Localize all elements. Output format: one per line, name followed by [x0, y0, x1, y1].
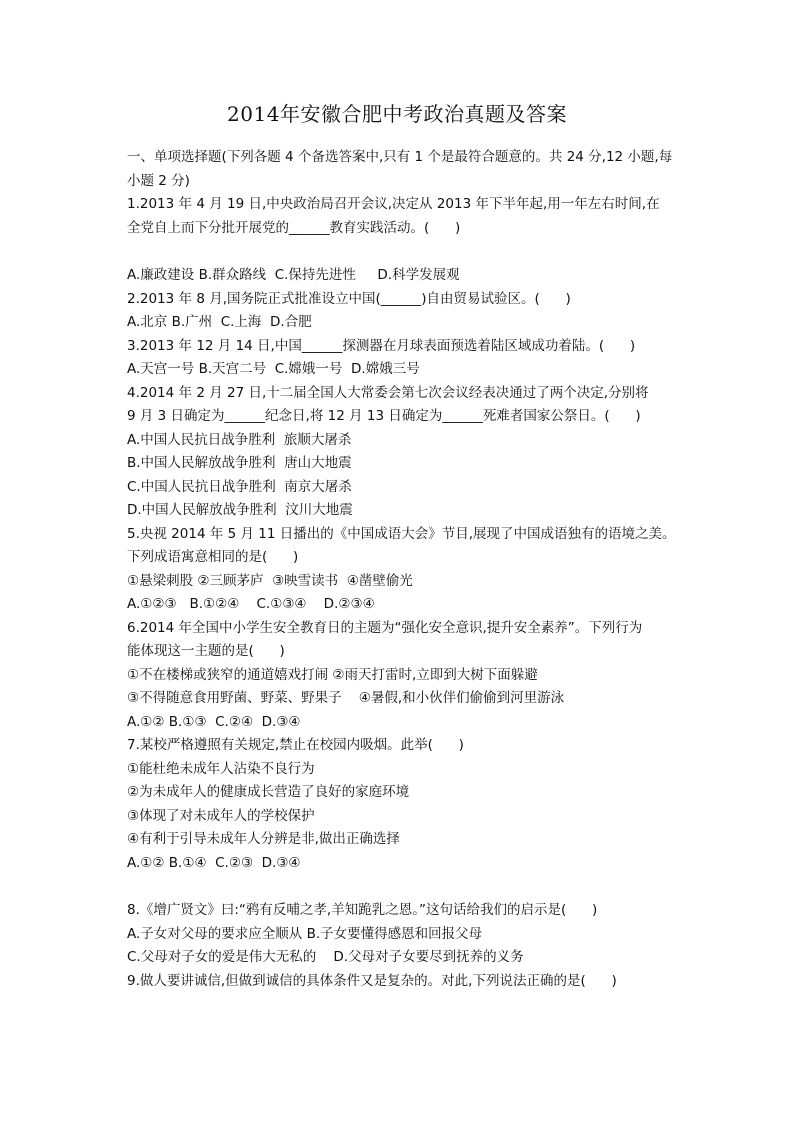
question-option: D.中国人民解放战争胜利 汶川大地震 [127, 499, 687, 523]
question-4: 4.2014 年 2 月 27 日,十二届全国人大常委会第七次会议经表决通过了两… [127, 382, 687, 523]
question-statements: ①悬梁刺股 ②三顾茅庐 ③映雪读书 ④凿壁偷光 [127, 570, 687, 594]
question-options: A.①②③ B.①②④ C.①③④ D.②③④ [127, 593, 687, 617]
question-option: A.中国人民抗日战争胜利 旅顺大屠杀 [127, 429, 687, 453]
question-statement: ②为未成年人的健康成长营造了良好的家庭环境 [127, 781, 687, 805]
question-text: 6.2014 年全国中小学生安全教育日的主题为“强化安全意识,提升安全素养”。下… [127, 617, 687, 641]
question-options: A.天宫一号 B.天宫二号 C.嫦娥一号 D.嫦娥三号 [127, 358, 687, 382]
spacer [127, 875, 687, 899]
question-text: 5.央视 2014 年 5 月 11 日播出的《中国成语大会》节目,展现了中国成… [127, 523, 687, 547]
section-heading-cont: 小题 2 分) [127, 170, 687, 194]
question-options: A.①② B.①④ C.②③ D.③④ [127, 852, 687, 876]
question-statements: ①不在楼梯或狭窄的通道嬉戏打闹 ②雨天打雷时,立即到大树下面躲避 [127, 664, 687, 688]
question-text: 4.2014 年 2 月 27 日,十二届全国人大常委会第七次会议经表决通过了两… [127, 382, 687, 406]
question-option: C.中国人民抗日战争胜利 南京大屠杀 [127, 476, 687, 500]
question-statement: ③体现了对未成年人的学校保护 [127, 805, 687, 829]
question-statements: ③不得随意食用野菌、野菜、野果子 ④暑假,和小伙伴们偷偷到河里游泳 [127, 687, 687, 711]
question-options: A.北京 B.广州 C.上海 D.合肥 [127, 311, 687, 335]
question-text: 9.做人要讲诚信,但做到诚信的具体条件又是复杂的。对此,下列说法正确的是( ) [127, 970, 687, 994]
question-text: 7.某校严格遵照有关规定,禁止在校园内吸烟。此举( ) [127, 734, 687, 758]
question-3: 3.2013 年 12 月 14 日,中国______探测器在月球表面预选着陆区… [127, 335, 687, 382]
spacer [127, 240, 687, 264]
question-text: 全党自上而下分批开展党的______教育实践活动。( ) [127, 217, 687, 241]
question-7: 7.某校严格遵照有关规定,禁止在校园内吸烟。此举( ) ①能杜绝未成年人沾染不良… [127, 734, 687, 875]
question-text: 9 月 3 日确定为______纪念日,将 12 月 13 日确定为______… [127, 405, 687, 429]
question-9: 9.做人要讲诚信,但做到诚信的具体条件又是复杂的。对此,下列说法正确的是( ) [127, 970, 687, 994]
question-text: 1.2013 年 4 月 19 日,中央政治局召开会议,决定从 2013 年下半… [127, 193, 687, 217]
question-text: 8.《增广贤文》曰:“鸦有反哺之孝,羊知跪乳之恩。”这句话给我们的启示是( ) [127, 899, 687, 923]
question-option: B.中国人民解放战争胜利 唐山大地震 [127, 452, 687, 476]
question-text: 2.2013 年 8 月,国务院正式批准设立中国(______)自由贸易试验区。… [127, 288, 687, 312]
question-2: 2.2013 年 8 月,国务院正式批准设立中国(______)自由贸易试验区。… [127, 288, 687, 335]
question-statement: ①能杜绝未成年人沾染不良行为 [127, 758, 687, 782]
question-text: 下列成语寓意相同的是( ) [127, 546, 687, 570]
page-title: 2014年安徽合肥中考政治真题及答案 [0, 98, 794, 127]
question-statement: ④有利于引导未成年人分辨是非,做出正确选择 [127, 828, 687, 852]
question-options: C.父母对子女的爱是伟大无私的 D.父母对子女要尽到抚养的义务 [127, 946, 687, 970]
question-options: A.子女对父母的要求应全顺从 B.子女要懂得感恩和回报父母 [127, 923, 687, 947]
question-options: A.廉政建设 B.群众路线 C.保持先进性 D.科学发展观 [127, 264, 687, 288]
question-text: 能体现这一主题的是( ) [127, 640, 687, 664]
question-8: 8.《增广贤文》曰:“鸦有反哺之孝,羊知跪乳之恩。”这句话给我们的启示是( ) … [127, 899, 687, 970]
document-page: 2014年安徽合肥中考政治真题及答案 一、单项选择题(下列各题 4 个备选答案中… [0, 0, 794, 1123]
question-options: A.①② B.①③ C.②④ D.③④ [127, 711, 687, 735]
document-body: 一、单项选择题(下列各题 4 个备选答案中,只有 1 个是最符合题意的。共 24… [127, 146, 687, 993]
question-text: 3.2013 年 12 月 14 日,中国______探测器在月球表面预选着陆区… [127, 335, 687, 359]
question-6: 6.2014 年全国中小学生安全教育日的主题为“强化安全意识,提升安全素养”。下… [127, 617, 687, 735]
question-5: 5.央视 2014 年 5 月 11 日播出的《中国成语大会》节目,展现了中国成… [127, 523, 687, 617]
section-heading: 一、单项选择题(下列各题 4 个备选答案中,只有 1 个是最符合题意的。共 24… [127, 146, 687, 170]
question-1: 1.2013 年 4 月 19 日,中央政治局召开会议,决定从 2013 年下半… [127, 193, 687, 288]
